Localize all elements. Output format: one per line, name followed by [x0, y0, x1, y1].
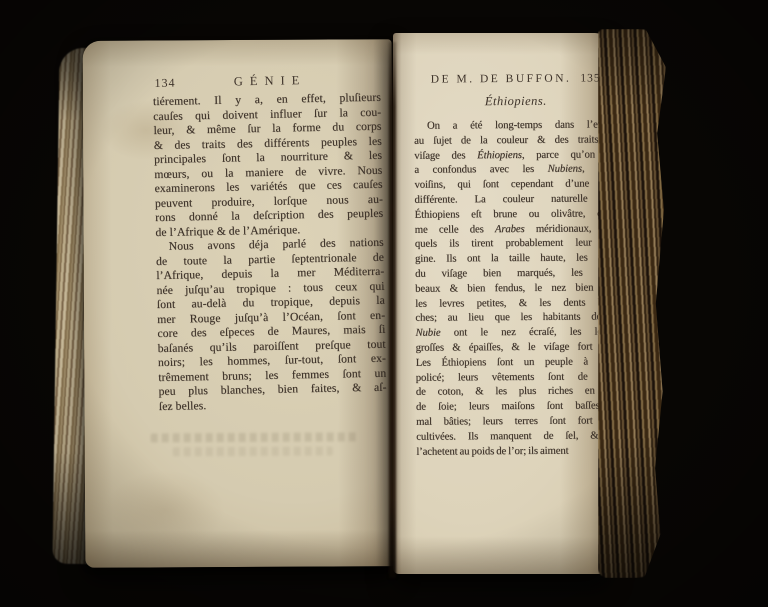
text-run: du viſage bien marqués, les yeux: [415, 266, 619, 279]
right-running-head: DE M. DE BUFFON.135: [414, 72, 618, 85]
text-run: On a été long-temps dans l’erreur: [427, 118, 618, 131]
text-line: de ſoie; leurs maiſons ſont baſſes &: [416, 398, 620, 414]
text-run: cultivées. Ils manquent de ſel, & ils: [416, 429, 620, 442]
text-run: ont le nez écraſé, les levres: [440, 325, 619, 338]
text-run: viſage des: [414, 149, 477, 161]
text-run: l’achetent au poids de l’or; ils aiment: [416, 444, 568, 457]
italic-text-run: Arabes: [495, 223, 525, 235]
text-line: beaux & bien fendus, le nez bien fait,: [415, 280, 619, 296]
text-run: ſez belles.: [159, 399, 207, 413]
text-line: policé; leurs vêtements ſont de toile: [416, 369, 620, 385]
text-line: les levres petites, & les dents blan-: [415, 295, 619, 311]
paper-stain: [105, 470, 225, 551]
italic-text-run: Nubiens: [548, 163, 582, 175]
text-line: quels ils tirent probablement leur ori-: [415, 236, 619, 252]
section-heading: Éthiopiens.: [414, 93, 618, 109]
text-run: groſſes & épaiſſes, & le viſage fort noi…: [416, 340, 620, 353]
open-book-photo: 134 GÉNIE tiérement. Il y a, en effet, p…: [0, 0, 768, 607]
text-run: me celle des: [415, 223, 495, 236]
text-run: différente. La couleur naturelle des: [414, 192, 618, 205]
text-line: Nubie ont le nez écraſé, les levres: [415, 324, 619, 340]
text-line: On a été long-temps dans l’erreur: [414, 117, 618, 133]
text-line: mal bâties; leurs terres ſont fort mal: [416, 413, 620, 429]
right-running-title: DE M. DE BUFFON.: [431, 73, 572, 86]
text-line: ches; au lieu que les habitants de la: [415, 310, 619, 326]
text-line: voiſins, qui ſont cependant d’une race: [414, 176, 618, 192]
text-line: Éthiopiens eſt brune ou olivâtre, com-: [415, 206, 619, 222]
left-page-text: tiérement. Il y a, en effet, pluſieursca…: [153, 91, 387, 414]
left-running-head: 134 GÉNIE: [152, 72, 380, 93]
text-line: cultivées. Ils manquent de ſel, & ils: [416, 428, 620, 444]
right-page: DE M. DE BUFFON.135 Éthiopiens. On a été…: [393, 33, 607, 574]
text-run: de l’Afrique & de l’Amérique.: [155, 223, 300, 239]
text-run: ches; au lieu que les habitants de la: [415, 311, 619, 324]
text-run: gine. Ils ont la taille haute, les trait…: [415, 251, 619, 264]
text-line: groſſes & épaiſſes, & le viſage fort noi…: [416, 339, 620, 355]
text-run: Éthiopiens eſt brune ou olivâtre, com-: [415, 207, 619, 220]
text-run: quels ils tirent probablement leur ori-: [415, 237, 619, 250]
italic-text-run: Nubie: [415, 327, 440, 339]
text-line: au ſujet de la couleur & des traits du: [414, 132, 618, 148]
text-line: ſez belles.: [159, 395, 387, 414]
text-line: a confondus avec les Nubiens, leurs: [414, 162, 618, 178]
text-run: de ſoie; leurs maiſons ſont baſſes &: [416, 399, 620, 412]
text-run: policé; leurs vêtements ſont de toile: [416, 370, 620, 383]
photo-background: { "colors": { "background": "#080604", "…: [0, 0, 768, 607]
left-running-title: GÉNIE: [152, 72, 380, 91]
right-page-content: DE M. DE BUFFON.135 Éthiopiens. On a été…: [414, 72, 621, 459]
left-page-content: 134 GÉNIE tiérement. Il y a, en effet, p…: [152, 72, 386, 414]
text-line: l’achetent au poids de l’or; ils aiment: [416, 443, 620, 459]
book-gutter: [389, 42, 396, 578]
text-run: mal bâties; leurs terres ſont fort mal: [416, 414, 620, 427]
text-run: voiſins, qui ſont cependant d’une race: [414, 177, 618, 190]
show-through-text: [151, 432, 359, 442]
text-run: au ſujet de la couleur & des traits du: [414, 133, 618, 146]
text-line: viſage des Éthiopiens, parce qu’on les: [414, 147, 618, 163]
right-page-number: 135: [580, 72, 600, 84]
left-page-number: 134: [154, 76, 175, 91]
left-page: 134 GÉNIE tiérement. Il y a, en effet, p…: [83, 39, 395, 568]
right-fore-edge: [598, 29, 666, 578]
right-page-text: On a été long-temps dans l’erreurau ſuje…: [414, 117, 620, 459]
text-line: différente. La couleur naturelle des: [414, 191, 618, 207]
text-line: gine. Ils ont la taille haute, les trait…: [415, 250, 619, 266]
text-run: les levres petites, & les dents blan-: [415, 296, 619, 309]
italic-text-run: Éthiopiens: [477, 149, 522, 161]
text-line: de coton, & les plus riches en ont: [416, 384, 620, 400]
text-run: de coton, & les plus riches en ont: [416, 385, 620, 398]
text-line: du viſage bien marqués, les yeux: [415, 265, 619, 281]
text-line: me celle des Arabes méridionaux, deſ-: [415, 221, 619, 237]
text-run: a confondus avec les: [414, 163, 547, 176]
text-run: beaux & bien fendus, le nez bien fait,: [415, 281, 619, 294]
show-through-text: [173, 447, 333, 457]
text-run: Les Éthiopiens ſont un peuple à demi: [416, 355, 620, 368]
text-line: Les Éthiopiens ſont un peuple à demi: [416, 354, 620, 370]
